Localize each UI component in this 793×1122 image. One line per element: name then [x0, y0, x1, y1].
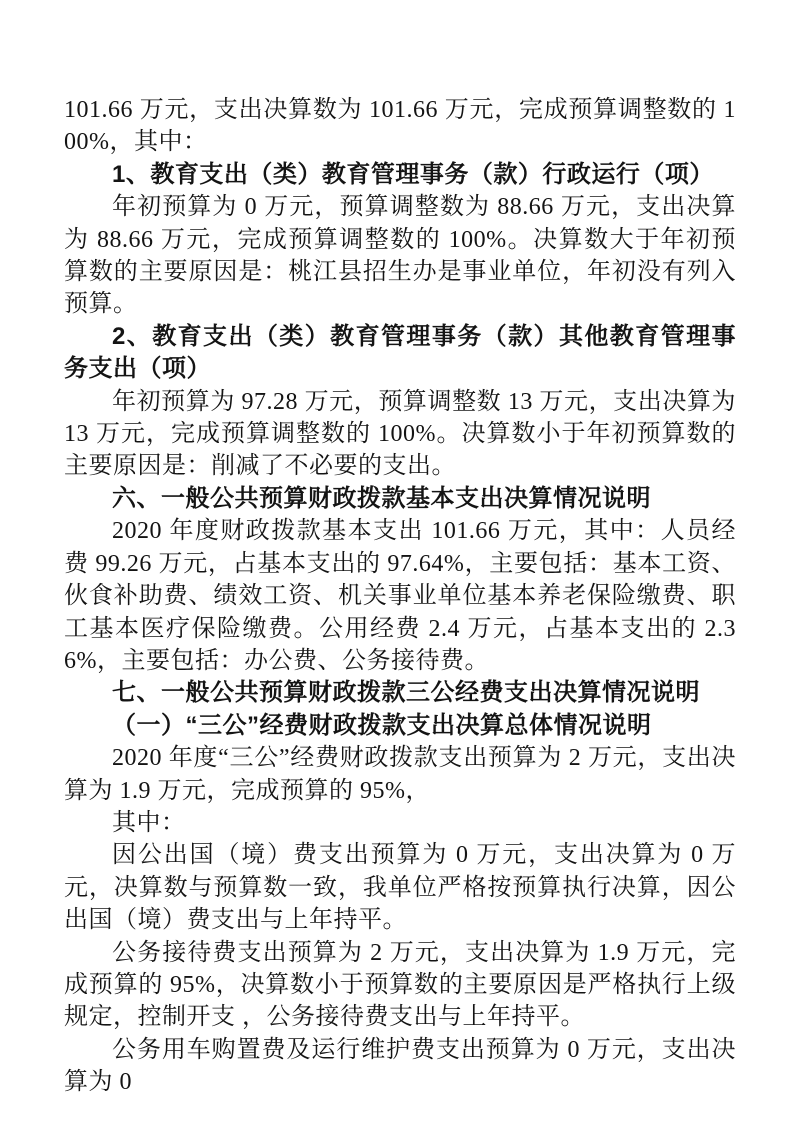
paragraph-other-admin-detail: 年初预算为 97.28 万元，预算调整数 13 万元，支出决算为 13 万元，完…: [64, 386, 736, 483]
paragraph-admin-operation-detail: 年初预算为 0 万元，预算调整数为 88.66 万元，支出决算为 88.66 万…: [64, 191, 736, 321]
paragraph-basic-expenditure-detail: 2020 年度财政拨款基本支出 101.66 万元，其中：人员经费 99.26 …: [64, 515, 736, 677]
paragraph-official-vehicle-detail: 公务用车购置费及运行维护费支出预算为 0 万元，支出决算为 0: [64, 1034, 736, 1099]
paragraph-overseas-travel-detail: 因公出国（境）费支出预算为 0 万元，支出决算为 0 万元，决算数与预算数一致，…: [64, 839, 736, 936]
section-heading-six-basic-expenditure: 六、一般公共预算财政拨款基本支出决算情况说明: [64, 483, 736, 515]
document-page: 101.66 万元，支出决算数为 101.66 万元，完成预算调整数的 100%…: [0, 0, 793, 1122]
subheading-three-public-overview: （一）“三公”经费财政拨款支出决算总体情况说明: [64, 710, 736, 742]
paragraph-among-which: 其中：: [64, 807, 736, 839]
subheading-education-other-admin: 2、教育支出（类）教育管理事务（款）其他教育管理事务支出（项）: [64, 321, 736, 386]
paragraph-continuation: 101.66 万元，支出决算数为 101.66 万元，完成预算调整数的 100%…: [64, 94, 736, 159]
document-body: 101.66 万元，支出决算数为 101.66 万元，完成预算调整数的 100%…: [64, 94, 736, 1099]
section-heading-seven-three-public: 七、一般公共预算财政拨款三公经费支出决算情况说明: [64, 677, 736, 709]
paragraph-official-reception-detail: 公务接待费支出预算为 2 万元，支出决算为 1.9 万元，完成预算的 95%，决…: [64, 937, 736, 1034]
subheading-education-admin-operation: 1、教育支出（类）教育管理事务（款）行政运行（项）: [64, 159, 736, 191]
paragraph-three-public-totals: 2020 年度“三公”经费财政拨款支出预算为 2 万元，支出决算为 1.9 万元…: [64, 742, 736, 807]
